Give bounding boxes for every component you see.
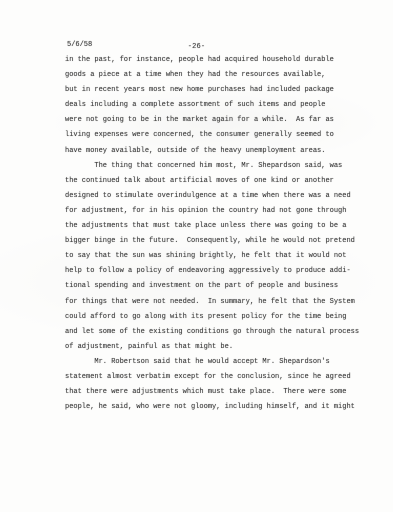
text-line: designed to stimulate overindulgence at …	[65, 189, 373, 204]
text-line: goods a piece at a time when they had th…	[65, 68, 373, 83]
text-line: of adjustment, painful as that might be.	[65, 340, 373, 355]
text-line: for things that were not needed. In summ…	[65, 295, 373, 310]
page-number: -26-	[0, 43, 393, 51]
text-line: could afford to go along with its presen…	[65, 310, 373, 325]
text-line: were not going to be in the market again…	[65, 113, 373, 128]
document-page: 5/6/58 -26- in the past, for instance, p…	[0, 0, 393, 512]
text-line: people, he said, who were not gloomy, in…	[65, 400, 373, 415]
text-line: to say that the sun was shining brightly…	[65, 249, 373, 264]
text-line: and let some of the existing conditions …	[65, 325, 373, 340]
text-line: The thing that concerned him most, Mr. S…	[65, 159, 373, 174]
text-line: that there were adjustments which must t…	[65, 385, 373, 400]
text-line: have money available, outside of the hea…	[65, 144, 373, 159]
text-line: tional spending and investment on the pa…	[65, 279, 373, 294]
text-line: in the past, for instance, people had ac…	[65, 53, 373, 68]
text-line: Mr. Robertson said that he would accept …	[65, 355, 373, 370]
text-line: for adjustment, for in his opinion the c…	[65, 204, 373, 219]
text-line: the adjustments that must take place unl…	[65, 219, 373, 234]
text-line: the continued talk about artificial move…	[65, 174, 373, 189]
document-body: in the past, for instance, people had ac…	[65, 53, 373, 415]
page-header: 5/6/58 -26-	[0, 41, 393, 53]
text-line: help to follow a policy of endeavoring a…	[65, 264, 373, 279]
text-line: bigger binge in the future. Consequently…	[65, 234, 373, 249]
text-line: statement almost verbatim except for the…	[65, 370, 373, 385]
text-line: deals including a complete assortment of…	[65, 98, 373, 113]
text-line: but in recent years most new home purcha…	[65, 83, 373, 98]
text-line: living expenses were concerned, the cons…	[65, 128, 373, 143]
